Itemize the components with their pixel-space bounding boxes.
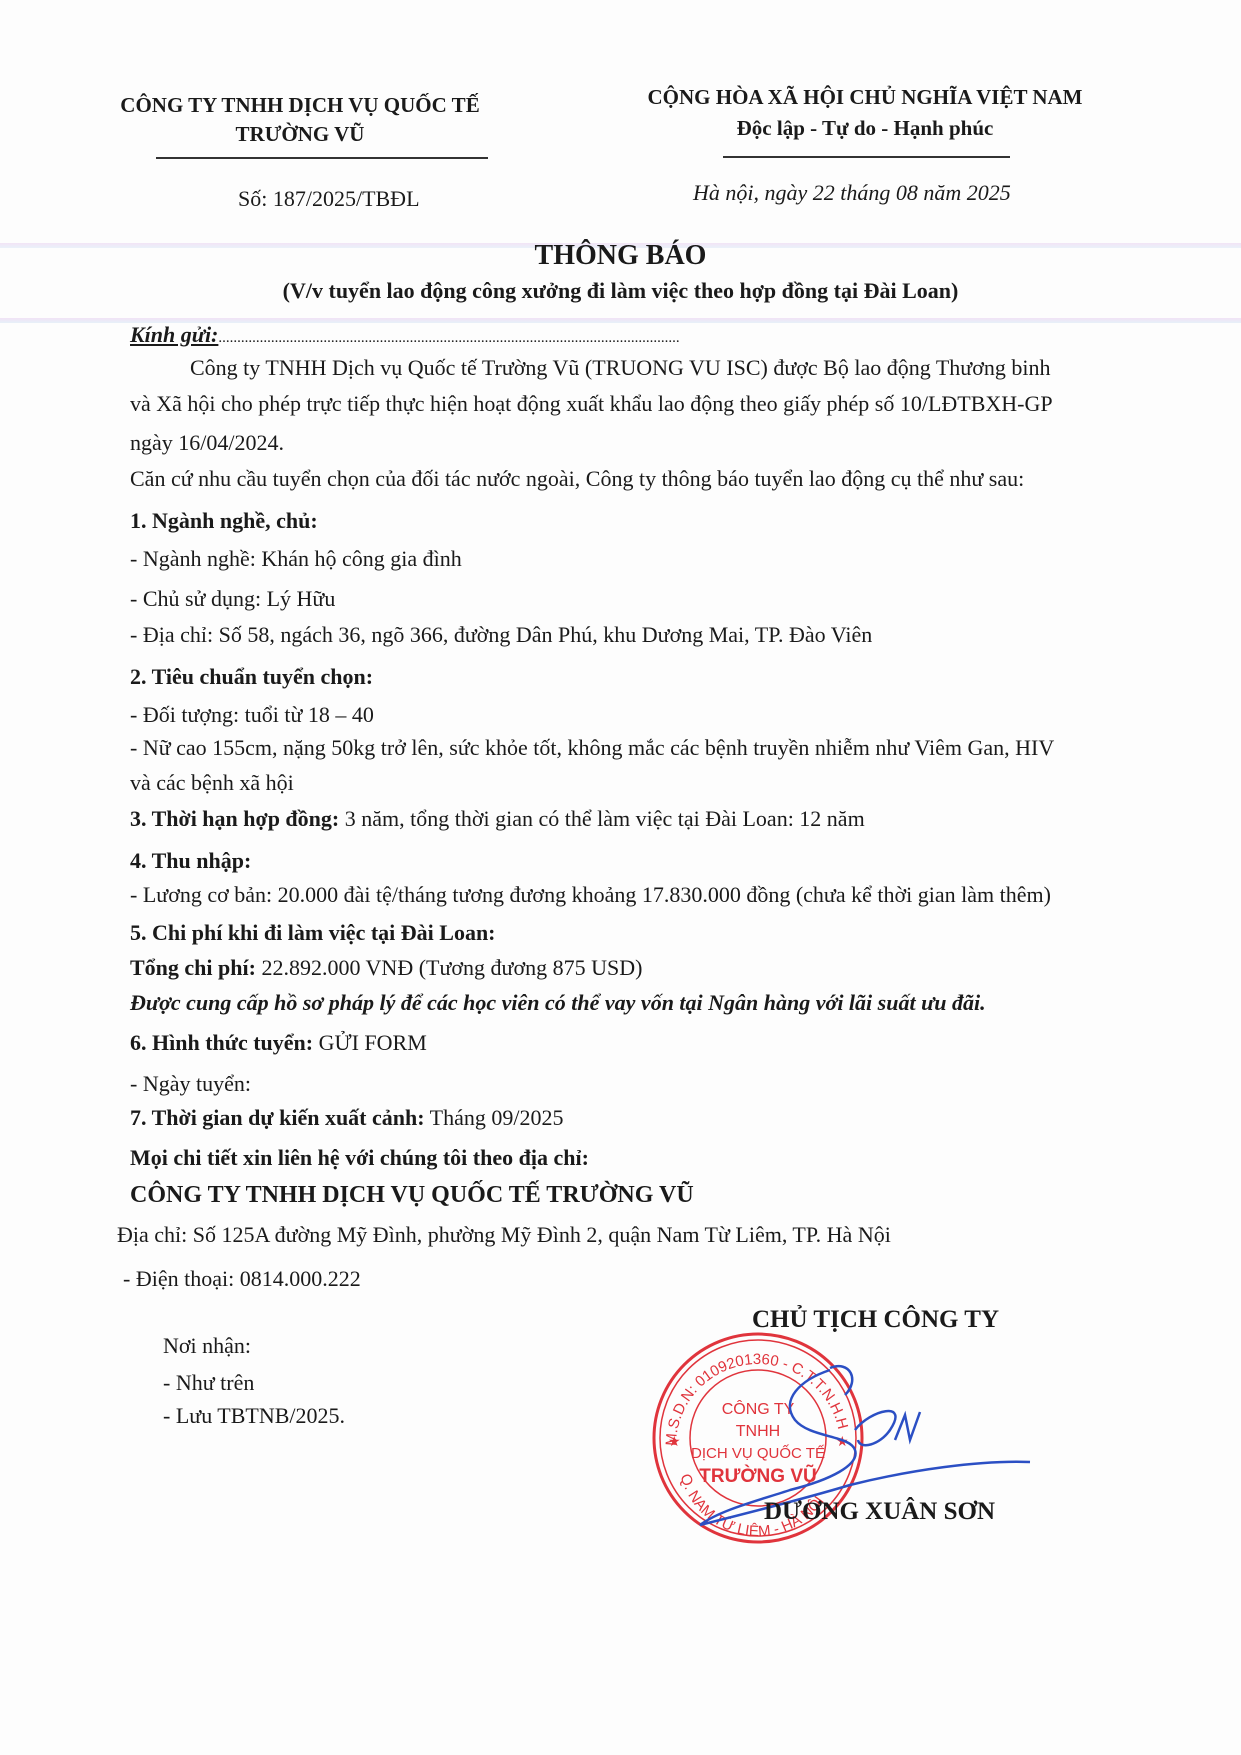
section-2-title: 2. Tiêu chuẩn tuyển chọn:: [130, 664, 373, 690]
contact-address: Địa chỉ: Số 125A đường Mỹ Đình, phường M…: [117, 1222, 891, 1248]
recipient-dots: ........................................…: [218, 330, 679, 346]
section-7-value: Tháng 09/2025: [425, 1105, 564, 1130]
section-3: 3. Thời hạn hợp đồng: 3 năm, tổng thời g…: [130, 806, 865, 832]
intro-p1-line3: ngày 16/04/2024.: [130, 430, 284, 456]
section-6-item: - Ngày tuyển:: [130, 1071, 251, 1097]
contact-intro: Mọi chi tiết xin liên hệ với chúng tôi t…: [130, 1145, 589, 1171]
country-name: CỘNG HÒA XÃ HỘI CHỦ NGHĨA VIỆT NAM: [610, 85, 1120, 110]
section-6-value: GỬI FORM: [313, 1030, 427, 1055]
section-5-total: Tổng chi phí: 22.892.000 VNĐ (Tương đươn…: [130, 955, 642, 981]
section-2-item-cont: và các bệnh xã hội: [130, 770, 294, 796]
place-date: Hà nội, ngày 22 tháng 08 năm 2025: [693, 180, 1011, 206]
header-rule-left: [156, 157, 488, 159]
recipients-label: Nơi nhận:: [163, 1333, 251, 1359]
section-4-item: - Lương cơ bản: 20.000 đài tệ/tháng tươn…: [130, 882, 1051, 908]
section-5-total-value: 22.892.000 VNĐ (Tương đương 875 USD): [256, 955, 642, 980]
section-1-item: - Chủ sử dụng: Lý Hữu: [130, 586, 335, 612]
section-7: 7. Thời gian dự kiến xuất cảnh: Tháng 09…: [130, 1105, 563, 1131]
recipient-label: Kính gửi:: [130, 322, 218, 347]
recipients-item: - Như trên: [163, 1370, 254, 1396]
header-rule-right: [723, 156, 1010, 158]
section-6-title: 6. Hình thức tuyển:: [130, 1030, 313, 1055]
signer-name: DƯƠNG XUÂN SƠN: [764, 1498, 995, 1526]
intro-p1-line1: Công ty TNHH Dịch vụ Quốc tế Trường Vũ (…: [190, 355, 1050, 381]
recipient-line: Kính gửi:...............................…: [130, 322, 680, 348]
doc-title: THÔNG BÁO: [0, 240, 1241, 272]
section-3-title: 3. Thời hạn hợp đồng:: [130, 806, 339, 831]
intro-p2: Căn cứ nhu cầu tuyển chọn của đối tác nư…: [130, 466, 1024, 492]
section-2-item: - Đối tượng: tuổi từ 18 – 40: [130, 702, 374, 728]
section-4-title: 4. Thu nhập:: [130, 848, 251, 874]
section-5-title: 5. Chi phí khi đi làm việc tại Đài Loan:: [130, 920, 496, 946]
section-7-title: 7. Thời gian dự kiến xuất cảnh:: [130, 1105, 425, 1130]
doc-subtitle: (V/v tuyển lao động công xưởng đi làm vi…: [0, 278, 1241, 304]
section-5-note: Được cung cấp hồ sơ pháp lý để các học v…: [130, 990, 986, 1016]
company-name-line1: CÔNG TY TNHH DỊCH VỤ QUỐC TẾ: [110, 93, 490, 118]
svg-text:★: ★: [668, 1435, 681, 1450]
section-6: 6. Hình thức tuyển: GỬI FORM: [130, 1030, 427, 1056]
contact-phone: - Điện thoại: 0814.000.222: [123, 1266, 361, 1292]
contact-company: CÔNG TY TNHH DỊCH VỤ QUỐC TẾ TRƯỜNG VŨ: [130, 1182, 694, 1209]
section-1-title: 1. Ngành nghề, chủ:: [130, 508, 318, 534]
section-2-item: - Nữ cao 155cm, nặng 50kg trở lên, sức k…: [130, 735, 1054, 761]
section-5-total-label: Tổng chi phí:: [130, 955, 256, 980]
doc-number: Số: 187/2025/TBĐL: [238, 186, 420, 212]
intro-p1-line2: và Xã hội cho phép trực tiếp thực hiện h…: [130, 391, 1053, 417]
section-1-item: - Địa chỉ: Số 58, ngách 36, ngõ 366, đườ…: [130, 622, 872, 648]
country-motto: Độc lập - Tự do - Hạnh phúc: [610, 116, 1120, 141]
company-name-line2: TRƯỜNG VŨ: [110, 122, 490, 147]
section-3-value: 3 năm, tổng thời gian có thể làm việc tạ…: [339, 806, 864, 831]
section-1-item: - Ngành nghề: Khán hộ công gia đình: [130, 546, 462, 572]
recipients-item: - Lưu TBTNB/2025.: [163, 1403, 345, 1429]
